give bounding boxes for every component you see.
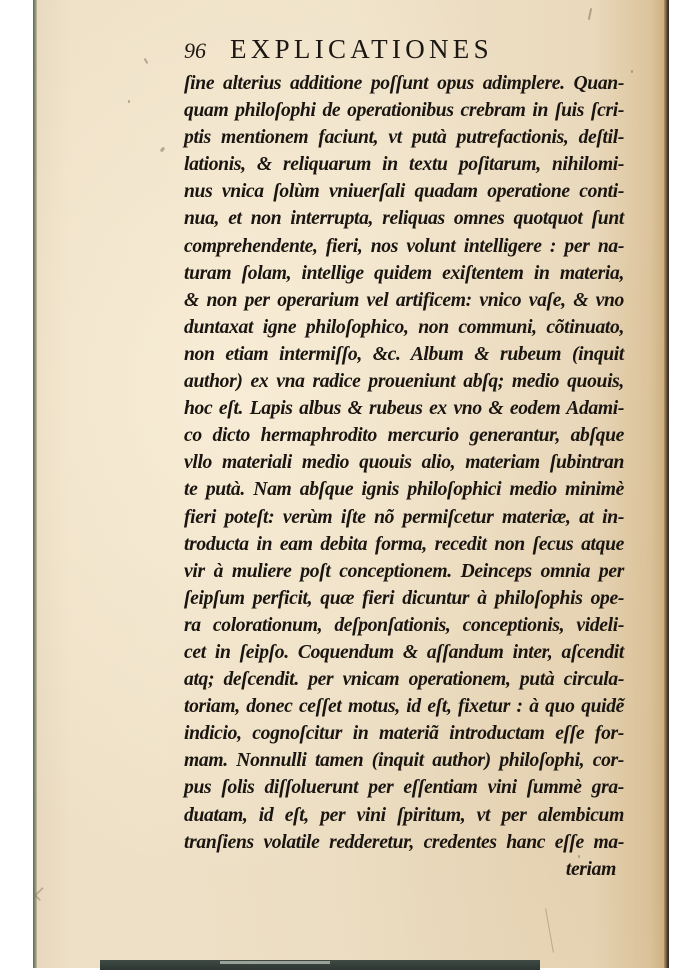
text-line: ra colorationum, deſponſationis, concept… xyxy=(184,612,624,639)
text-line: toriam, donec ceſſet motus, id eſt, fixe… xyxy=(184,693,624,720)
catchword: teriam xyxy=(184,856,624,883)
text-line: pus ſolis diſſoluerunt per eſſentiam vin… xyxy=(184,774,624,801)
text-line: comprehendente, fieri, nos volunt intell… xyxy=(184,233,624,260)
paper-speck xyxy=(128,100,130,103)
text-line: quam philoſophi de operationibus crebram… xyxy=(184,97,624,124)
text-line: te putà. Nam abſque ignis philoſophici m… xyxy=(184,476,624,503)
paper-speck xyxy=(160,147,166,153)
text-line: tranſiens volatile redderetur, credentes… xyxy=(184,829,624,856)
page-left-edge xyxy=(33,0,37,968)
body-text: ſine alterius additione poſſunt opus adi… xyxy=(184,70,624,883)
text-line: fieri poteſt: verùm iſte nõ permiſcetur … xyxy=(184,504,624,531)
text-line: atq; deſcendit. per vnicam operationem, … xyxy=(184,666,624,693)
text-line: ptis mentionem faciunt, vt putà putrefac… xyxy=(184,124,624,151)
text-line: ſeipſum perficit, quæ fieri dicuntur à p… xyxy=(184,585,624,612)
paper-speck xyxy=(144,58,149,64)
text-line: duatam, id eſt, per vini ſpiritum, vt pe… xyxy=(184,802,624,829)
text-line: duntaxat igne philoſophico, non communi,… xyxy=(184,314,624,341)
text-line: cet in ſeipſo. Coquendum & aſſandum inte… xyxy=(184,639,624,666)
binding-strip-highlight xyxy=(220,961,330,964)
text-line: non etiam intermiſſo, &c. Album & rubeum… xyxy=(184,341,624,368)
paper-speck xyxy=(588,8,592,20)
text-line: co dicto hermaphrodito mercurio generant… xyxy=(184,422,624,449)
text-line: author) ex vna radice proueniunt abſq; m… xyxy=(184,368,624,395)
text-line: hoc eſt. Lapis albus & rubeus ex vno & e… xyxy=(184,395,624,422)
page-number: 96 xyxy=(184,38,206,64)
text-line: & non per operarium vel artificem: vnico… xyxy=(184,287,624,314)
text-line: nus vnica ſolùm vniuerſali quadam operat… xyxy=(184,178,624,205)
text-line: indicio, cognoſcitur in materiã introduc… xyxy=(184,720,624,747)
paper-speck xyxy=(545,908,554,952)
text-line: turam ſolam, intellige quidem exiſtentem… xyxy=(184,260,624,287)
paper-speck xyxy=(631,70,633,73)
text-line: mam. Nonnulli tamen (inquit author) phil… xyxy=(184,747,624,774)
text-line: troducta in eam debita forma, recedit no… xyxy=(184,531,624,558)
page-header: 96 EXPLICATIONES xyxy=(184,34,604,68)
page-right-edge xyxy=(664,0,669,968)
text-line: nua, et non interrupta, reliquas omnes q… xyxy=(184,205,624,232)
text-line: lationis, & reliquarum in textu poſitaru… xyxy=(184,151,624,178)
text-line: vllo materiali medio quouis alio, materi… xyxy=(184,449,624,476)
text-line: ſine alterius additione poſſunt opus adi… xyxy=(184,70,624,97)
text-line: vir à muliere poſt conceptionem. Deincep… xyxy=(184,558,624,585)
running-title: EXPLICATIONES xyxy=(230,34,493,65)
